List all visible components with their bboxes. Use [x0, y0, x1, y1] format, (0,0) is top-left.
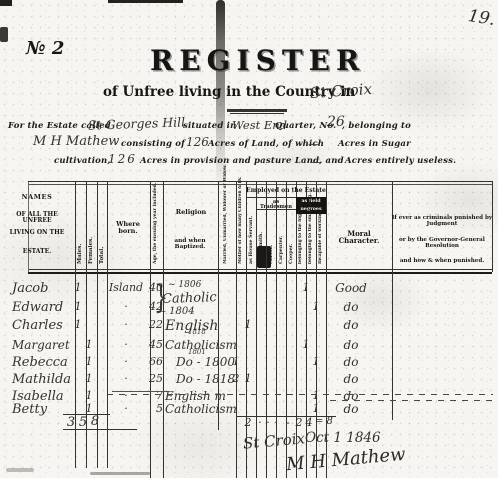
- header-names-4: ESTATE.: [2, 249, 72, 255]
- header-names-2: OF ALL THE UNFREE: [2, 212, 72, 225]
- header-married: Married, Unmarried, Widower or Widow.: [223, 186, 228, 264]
- cell-moral: do: [334, 318, 368, 332]
- register-document-page: 19. № 2 REGISTER of Unfree living in the…: [0, 0, 498, 478]
- cell-moral: do: [334, 300, 368, 314]
- title-underline: [227, 109, 287, 112]
- cell-small-gang: 1: [310, 389, 322, 402]
- estate-line1b: situated in: [183, 121, 236, 131]
- dashed-separator: [107, 394, 493, 395]
- cell-age: 66: [147, 355, 163, 368]
- cell-female: 1: [83, 355, 95, 368]
- cell-house-servant: 1: [242, 318, 254, 331]
- total-cooper: -: [283, 416, 293, 429]
- register-row: Margaret 1 · 45 Catholicism 1801 1 do: [0, 338, 498, 356]
- cell-born: ·: [104, 318, 148, 331]
- cell-religion: English m: [165, 389, 226, 403]
- register-title: REGISTER: [150, 44, 360, 77]
- header-incapable: Incapable of working.: [318, 214, 323, 264]
- header-religion-2: and when Baptized.: [160, 238, 220, 250]
- estate-acres-provision: 126: [108, 152, 137, 166]
- total-big-gang: 2: [294, 416, 304, 429]
- header-names-3: LIVING ON THE: [2, 230, 72, 236]
- header-cooper: Cooper.: [288, 186, 294, 264]
- cell-moral: do: [334, 402, 368, 416]
- scan-artifact-bottom-smudge-2: [6, 468, 34, 472]
- cell-age: 42: [147, 300, 163, 313]
- cell-small-gang: 1: [310, 402, 322, 415]
- header-total: Total.: [99, 186, 105, 264]
- cell-moral: do: [334, 372, 368, 386]
- cell-small-gang: 1: [310, 355, 322, 368]
- cell-name: Betty: [12, 402, 47, 417]
- estate-line3a: cultivation,: [54, 156, 111, 166]
- estate-line2b: Acres of Land, of which: [208, 139, 324, 149]
- header-age: Age, the ensuing year included.: [153, 186, 158, 264]
- header-small-gang: belonging to the small gang.: [308, 216, 313, 264]
- header-criminal-2: or by the Governor-General Resolution: [390, 238, 494, 250]
- cell-religion: Catholicism: [165, 402, 237, 416]
- cell-born: ·: [104, 338, 148, 351]
- total-house-servant: 2: [243, 416, 253, 429]
- register-row: Jacob 1 Island 40 1 Good: [0, 281, 498, 299]
- cell-name: Jacob: [12, 281, 48, 296]
- cell-big-gang: 1: [300, 281, 312, 294]
- estate-owner: M H Mathew: [33, 134, 119, 149]
- header-big-gang: belonging to the big gang.: [298, 216, 303, 264]
- cell-age: 5: [147, 402, 163, 415]
- cell-female: 1: [83, 338, 95, 351]
- cell-name: Margaret: [12, 338, 70, 352]
- estate-acres-sugar: —: [308, 137, 320, 151]
- header-moral: Moral Character.: [328, 230, 390, 245]
- cell-born: ·: [104, 372, 148, 385]
- cell-small-gang: 1: [310, 300, 322, 313]
- register-row: Charles 1 · 22 English 1818 1 do: [0, 318, 498, 336]
- estate-line3c: Acres entirely useless.: [345, 156, 456, 166]
- cell-moral: Good: [334, 281, 368, 295]
- cell-name: Edward: [12, 300, 63, 315]
- cell-moral: do: [334, 355, 368, 369]
- cell-male: 1: [72, 318, 84, 331]
- estate-acres-useless: —: [310, 155, 322, 169]
- subtitle-territory: St Croix: [309, 80, 372, 102]
- cell-born: ·: [104, 402, 148, 415]
- header-criminal-3: and how & when punished.: [390, 259, 494, 265]
- cell-male: 1: [72, 300, 84, 313]
- header-males: Males.: [77, 186, 83, 264]
- cell-religion: Do - 1800: [176, 355, 235, 369]
- scan-artifact-left-blob: [0, 27, 8, 42]
- header-mason: Mason.: [268, 186, 274, 264]
- cell-born: ·: [104, 355, 148, 368]
- cell-female: 1: [83, 372, 95, 385]
- total-all: 8: [90, 414, 100, 429]
- register-row: Rebecca 1 · 66 Do - 1800 1 1 do: [0, 355, 498, 373]
- header-mother: Mother of how many Children & liv.: [238, 186, 243, 264]
- dash-mark: [112, 391, 168, 392]
- header-names-1: NAMES: [2, 194, 72, 201]
- dashed-separator-2: [330, 400, 497, 401]
- scan-artifact-bottom-smudge: [90, 472, 150, 475]
- total-carpenter: ·: [271, 416, 281, 429]
- header-house-servant: as House Servant.: [248, 186, 254, 264]
- total-grand: = 8: [315, 416, 335, 427]
- total-small-gang: 4: [304, 416, 314, 429]
- total-males: 3: [66, 415, 76, 430]
- cell-religion: Do - 1818: [176, 372, 235, 386]
- cell-mother: 2: [230, 372, 242, 385]
- cell-age: 22: [147, 318, 163, 331]
- cell-born: ·: [104, 300, 148, 313]
- register-number: № 2: [26, 38, 64, 59]
- register-row: Mathilda 1 · 25 Do - 1818 2 1 do: [0, 372, 498, 390]
- header-blacksmith: Blacksmith.: [258, 186, 264, 264]
- scan-artifact-top-edge: [108, 0, 183, 3]
- footer-signature: M H Mathew: [285, 444, 406, 475]
- estate-line2a: consisting of: [121, 139, 185, 149]
- estate-name: St Georges Hill: [88, 114, 186, 132]
- cell-age: 25: [147, 372, 163, 385]
- cell-born: Island: [104, 281, 148, 294]
- estate-line2c: Acres in Sugar: [338, 139, 411, 149]
- cell-moral: do: [334, 338, 368, 352]
- header-criminal-1: If ever as criminals punished by Judgmen…: [390, 216, 494, 228]
- header-religion-1: Religion: [164, 209, 218, 216]
- cell-big-gang: 1: [300, 338, 312, 351]
- cell-house-servant: 1: [242, 372, 254, 385]
- cell-female: 1: [83, 389, 95, 402]
- estate-acres-total: 126: [186, 135, 209, 149]
- cell-name: Charles: [12, 318, 63, 333]
- cell-age: 40: [147, 281, 163, 294]
- footer-date: Oct 1 1846: [305, 430, 381, 446]
- estate-line1d: , belonging to: [342, 121, 411, 131]
- cell-male: 1: [72, 281, 84, 294]
- cell-religion-year: 1818: [188, 328, 206, 336]
- cell-name: Rebecca: [12, 355, 68, 370]
- header-where-born: Where born.: [106, 221, 150, 235]
- cell-age: 45: [147, 338, 163, 351]
- cell-name: Mathilda: [12, 372, 71, 387]
- cell-mother: 1: [230, 355, 242, 368]
- page-number: 19.: [467, 6, 497, 30]
- total-females: 5: [78, 415, 88, 430]
- title-underline-2: [230, 113, 284, 114]
- header-females: Females.: [88, 186, 94, 264]
- scan-artifact-corner: [0, 0, 12, 6]
- header-carpenter: Carpenter.: [278, 186, 284, 264]
- register-row: Edward 1 · 42 1 do: [0, 300, 498, 318]
